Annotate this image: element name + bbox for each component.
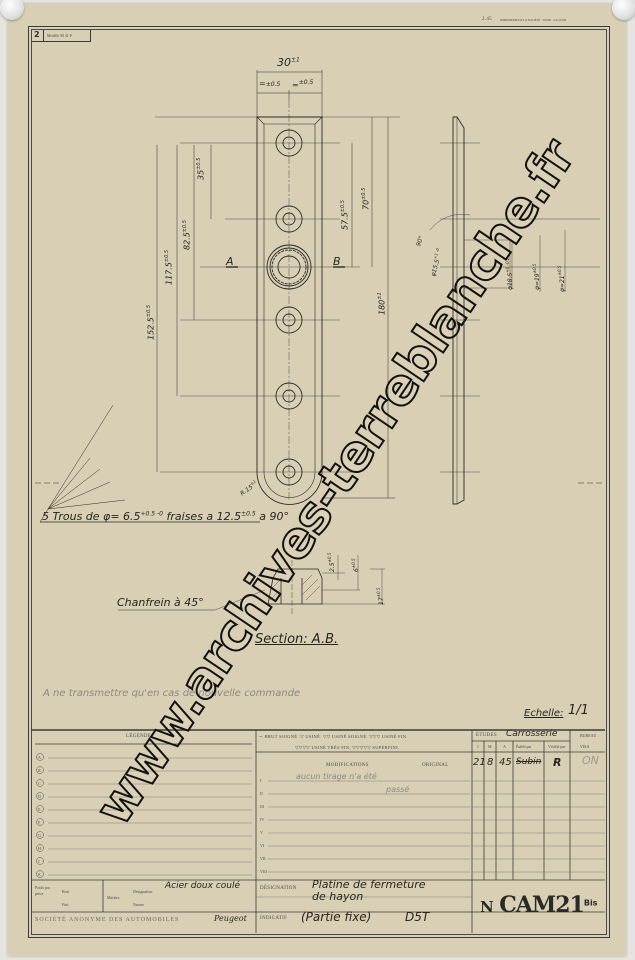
chamfer-note: Chanfrein à 45° bbox=[117, 596, 204, 609]
dim-section-6: 6±0.5 bbox=[351, 558, 360, 572]
dim-side-d21: φ=21±0.5 bbox=[557, 266, 566, 292]
designation-line-2: de hayon bbox=[312, 890, 363, 903]
designation-mat-label: Désignation bbox=[133, 889, 152, 894]
modif-num: VII bbox=[260, 856, 266, 861]
finish-row-1: ∼ BRUT SOIGNÉ. ▽ USINÉ. ▽▽ USINÉ SOIGNÉ.… bbox=[259, 734, 408, 740]
company-name: SOCIÉTÉ ANONYME DES AUTOMOBILES bbox=[35, 917, 179, 923]
section-label-b: B bbox=[333, 255, 341, 268]
modif-num: VI bbox=[260, 843, 264, 848]
dim-70: 70±0.5 bbox=[361, 188, 371, 210]
designation-mat-value: Acier doux coulé bbox=[165, 881, 240, 891]
legend-item: F bbox=[38, 820, 40, 825]
legend-item: D bbox=[38, 794, 41, 799]
modifications-label: MODIFICATIONS bbox=[326, 763, 369, 768]
col-verifie: Vérifié par bbox=[548, 744, 565, 749]
etabli-signature: Subin bbox=[516, 757, 541, 767]
brut-label: Brut bbox=[62, 889, 69, 894]
dim-152-5: 152.5±0.5 bbox=[146, 305, 156, 340]
legend-item: E bbox=[38, 807, 40, 812]
etudes-value: Carrosserie bbox=[506, 729, 557, 739]
dim-35: 35±0.5 bbox=[196, 158, 206, 180]
legend-item: C bbox=[38, 781, 41, 786]
modif-text: aucun tirage n'a été bbox=[296, 772, 377, 781]
bureau-label: BUREAU bbox=[580, 733, 596, 738]
holes-note: 5 Trous de φ= 6.5+0.5 -0 fraises a 12.5±… bbox=[42, 510, 289, 523]
modif-num: II bbox=[260, 791, 263, 796]
modif-num: III bbox=[260, 804, 264, 809]
modif-num: IV bbox=[260, 817, 264, 822]
original-month: 8 bbox=[487, 757, 493, 768]
col-m: M bbox=[488, 744, 492, 749]
scale-value: 1/1 bbox=[568, 703, 589, 718]
modif-num: VIII bbox=[260, 869, 267, 874]
col-a: A bbox=[503, 744, 506, 749]
legend-item: H bbox=[38, 846, 41, 851]
finish-row-2: ▽▽▽▽ USINÉ TRÈS FIN. ▽▽▽▽▽ SUPERFINI. bbox=[295, 745, 399, 751]
modif-num: V bbox=[260, 830, 263, 835]
original-day: 21 bbox=[473, 757, 486, 768]
nature-label: Nature bbox=[133, 902, 144, 907]
dim-section-17: 17±0.5 bbox=[376, 588, 385, 605]
indicatif-code: D5T bbox=[405, 910, 429, 924]
part-number: CAM21 bbox=[499, 892, 584, 918]
scale-label: Echelle: bbox=[524, 708, 563, 719]
legend-item: B bbox=[38, 768, 41, 773]
indicatif-value: (Partie fixe) bbox=[301, 910, 371, 924]
legend-item: A bbox=[38, 755, 41, 760]
modif-num: I bbox=[260, 778, 261, 783]
original-label: ORIGINAL bbox=[422, 763, 449, 768]
modif-text: passé bbox=[386, 785, 409, 794]
etudes-label: ÉTUDES bbox=[476, 733, 497, 738]
dim-side-d19: φ=19±0.5 bbox=[532, 264, 541, 290]
dim-section-2-5: 2.5±0.5 bbox=[327, 553, 336, 572]
brand-logo: Peugeot bbox=[214, 914, 247, 923]
dim-top-width: 30±1 bbox=[277, 56, 300, 69]
dim-180: 180±1 bbox=[377, 292, 387, 315]
dim-82-5: 82.5±0.5 bbox=[182, 220, 192, 250]
visa-signature: ON bbox=[582, 754, 599, 767]
verifie-signature: R bbox=[553, 756, 561, 769]
col-j: J bbox=[477, 744, 479, 749]
col-etabli: Établi par bbox=[516, 744, 532, 749]
poids-label: Poids par pièce bbox=[35, 885, 53, 897]
legend-item: J bbox=[38, 859, 40, 864]
indicatif-label: INDICATIF bbox=[260, 916, 287, 921]
matiere-label: Matière bbox=[107, 895, 119, 900]
original-year: 45 bbox=[499, 757, 512, 768]
legend-item: K bbox=[38, 872, 41, 877]
legend-item: G bbox=[38, 833, 41, 838]
dim-57-5: 57.5±0.5 bbox=[340, 200, 350, 230]
designation-label: DÉSIGNATION bbox=[260, 886, 297, 891]
dim-half-right: =±0.5 bbox=[292, 79, 313, 90]
part-number-box: N CAM21Bis bbox=[480, 892, 597, 918]
part-prefix: N bbox=[480, 898, 494, 916]
section-label-a: A bbox=[226, 255, 234, 268]
dim-117-5: 117.5±0.5 bbox=[164, 250, 174, 285]
col-visa: VISA bbox=[580, 744, 589, 749]
fini-label: Fini bbox=[62, 902, 68, 907]
part-suffix: Bis bbox=[584, 899, 598, 908]
dim-half-left: =±0.5 bbox=[259, 79, 280, 88]
